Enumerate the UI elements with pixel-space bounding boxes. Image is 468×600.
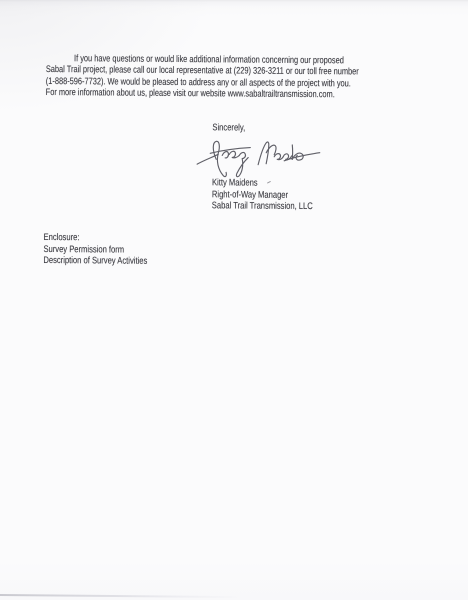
enclosure-block: Enclosure: Survey Permission form Descri… [43, 232, 147, 267]
enclosure-item: Description of Survey Activities [43, 255, 147, 267]
signature-block: Kitty Maidens Right-of-Way Manager Sabal… [212, 177, 313, 213]
scanned-letter-page: If you have questions or would like addi… [0, 0, 468, 600]
closing-salutation: Sincerely, [212, 122, 245, 133]
enclosure-label: Enclosure: [44, 232, 148, 244]
signer-title: Right-of-Way Manager [212, 189, 313, 201]
letter-content: If you have questions or would like addi… [0, 0, 468, 600]
signer-name: Kitty Maidens [212, 177, 313, 189]
handwritten-signature [196, 134, 322, 183]
body-line: For more information about us, please vi… [46, 87, 359, 101]
signer-company: Sabal Trail Transmission, LLC [212, 200, 313, 212]
enclosure-item: Survey Permission form [43, 243, 147, 255]
body-paragraph: If you have questions or would like addi… [46, 53, 359, 101]
